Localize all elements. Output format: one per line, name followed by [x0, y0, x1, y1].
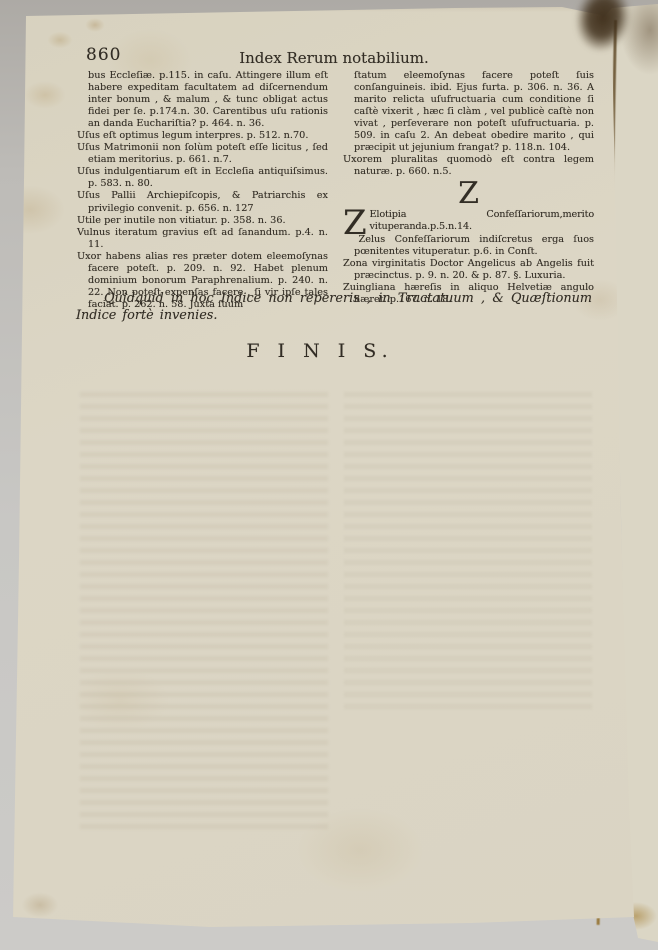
index-entry: Uſus indulgentiarum eſt in Eccleſia anti…	[77, 166, 328, 190]
running-title: Index Rerum notabilium.	[76, 49, 592, 67]
index-entry-text: Elotipia Confeſſariorum,merito vituperan…	[369, 209, 594, 232]
verso-bleedthrough-right	[344, 392, 592, 712]
dropcap-z: Z	[343, 209, 369, 236]
section-letter-z: Z	[343, 178, 594, 209]
index-entry: Vulnus iteratum gravius eſt ad ſanandum.…	[77, 227, 328, 251]
finis-text: F I N I S.	[60, 340, 580, 362]
right-column: ſtatum eleemoſynas facere poteſt ſuis co…	[343, 70, 594, 311]
index-entry: bus Eccleſiæ. p.115. in caſu. Attingere …	[77, 70, 328, 130]
index-entry: Uſus eſt optimus legum interpres. p. 512…	[77, 130, 328, 142]
scanned-book-page: { "header": { "page_number": "860", "tit…	[0, 0, 658, 950]
left-column: bus Eccleſiæ. p.115. in caſu. Attingere …	[77, 70, 328, 311]
index-entry: Zona virginitatis Doctor Angelicus ab An…	[343, 258, 594, 282]
index-entry: Uſus Pallii Archiepiſcopis, & Patriarchi…	[77, 190, 328, 214]
index-entry: ZElotipia Confeſſariorum,merito vitupera…	[343, 209, 594, 233]
index-entry: Utile per inutile non vitiatur. p. 358. …	[77, 215, 328, 227]
index-columns: bus Eccleſiæ. p.115. in caſu. Attingere …	[77, 70, 594, 311]
closing-note: Quidquid in hoc Indice non repereris , i…	[76, 291, 592, 324]
index-entry: Zelus Confeſſariorum indiſcretus erga ſu…	[343, 234, 594, 258]
index-entry: Uxorem pluralitas quomodò eſt contra leg…	[343, 154, 594, 178]
index-entry: Uſus Matrimonii non ſolùm poteſt eſſe li…	[77, 142, 328, 166]
verso-bleedthrough-left	[80, 392, 328, 832]
index-entry: ſtatum eleemoſynas facere poteſt ſuis co…	[343, 70, 594, 154]
